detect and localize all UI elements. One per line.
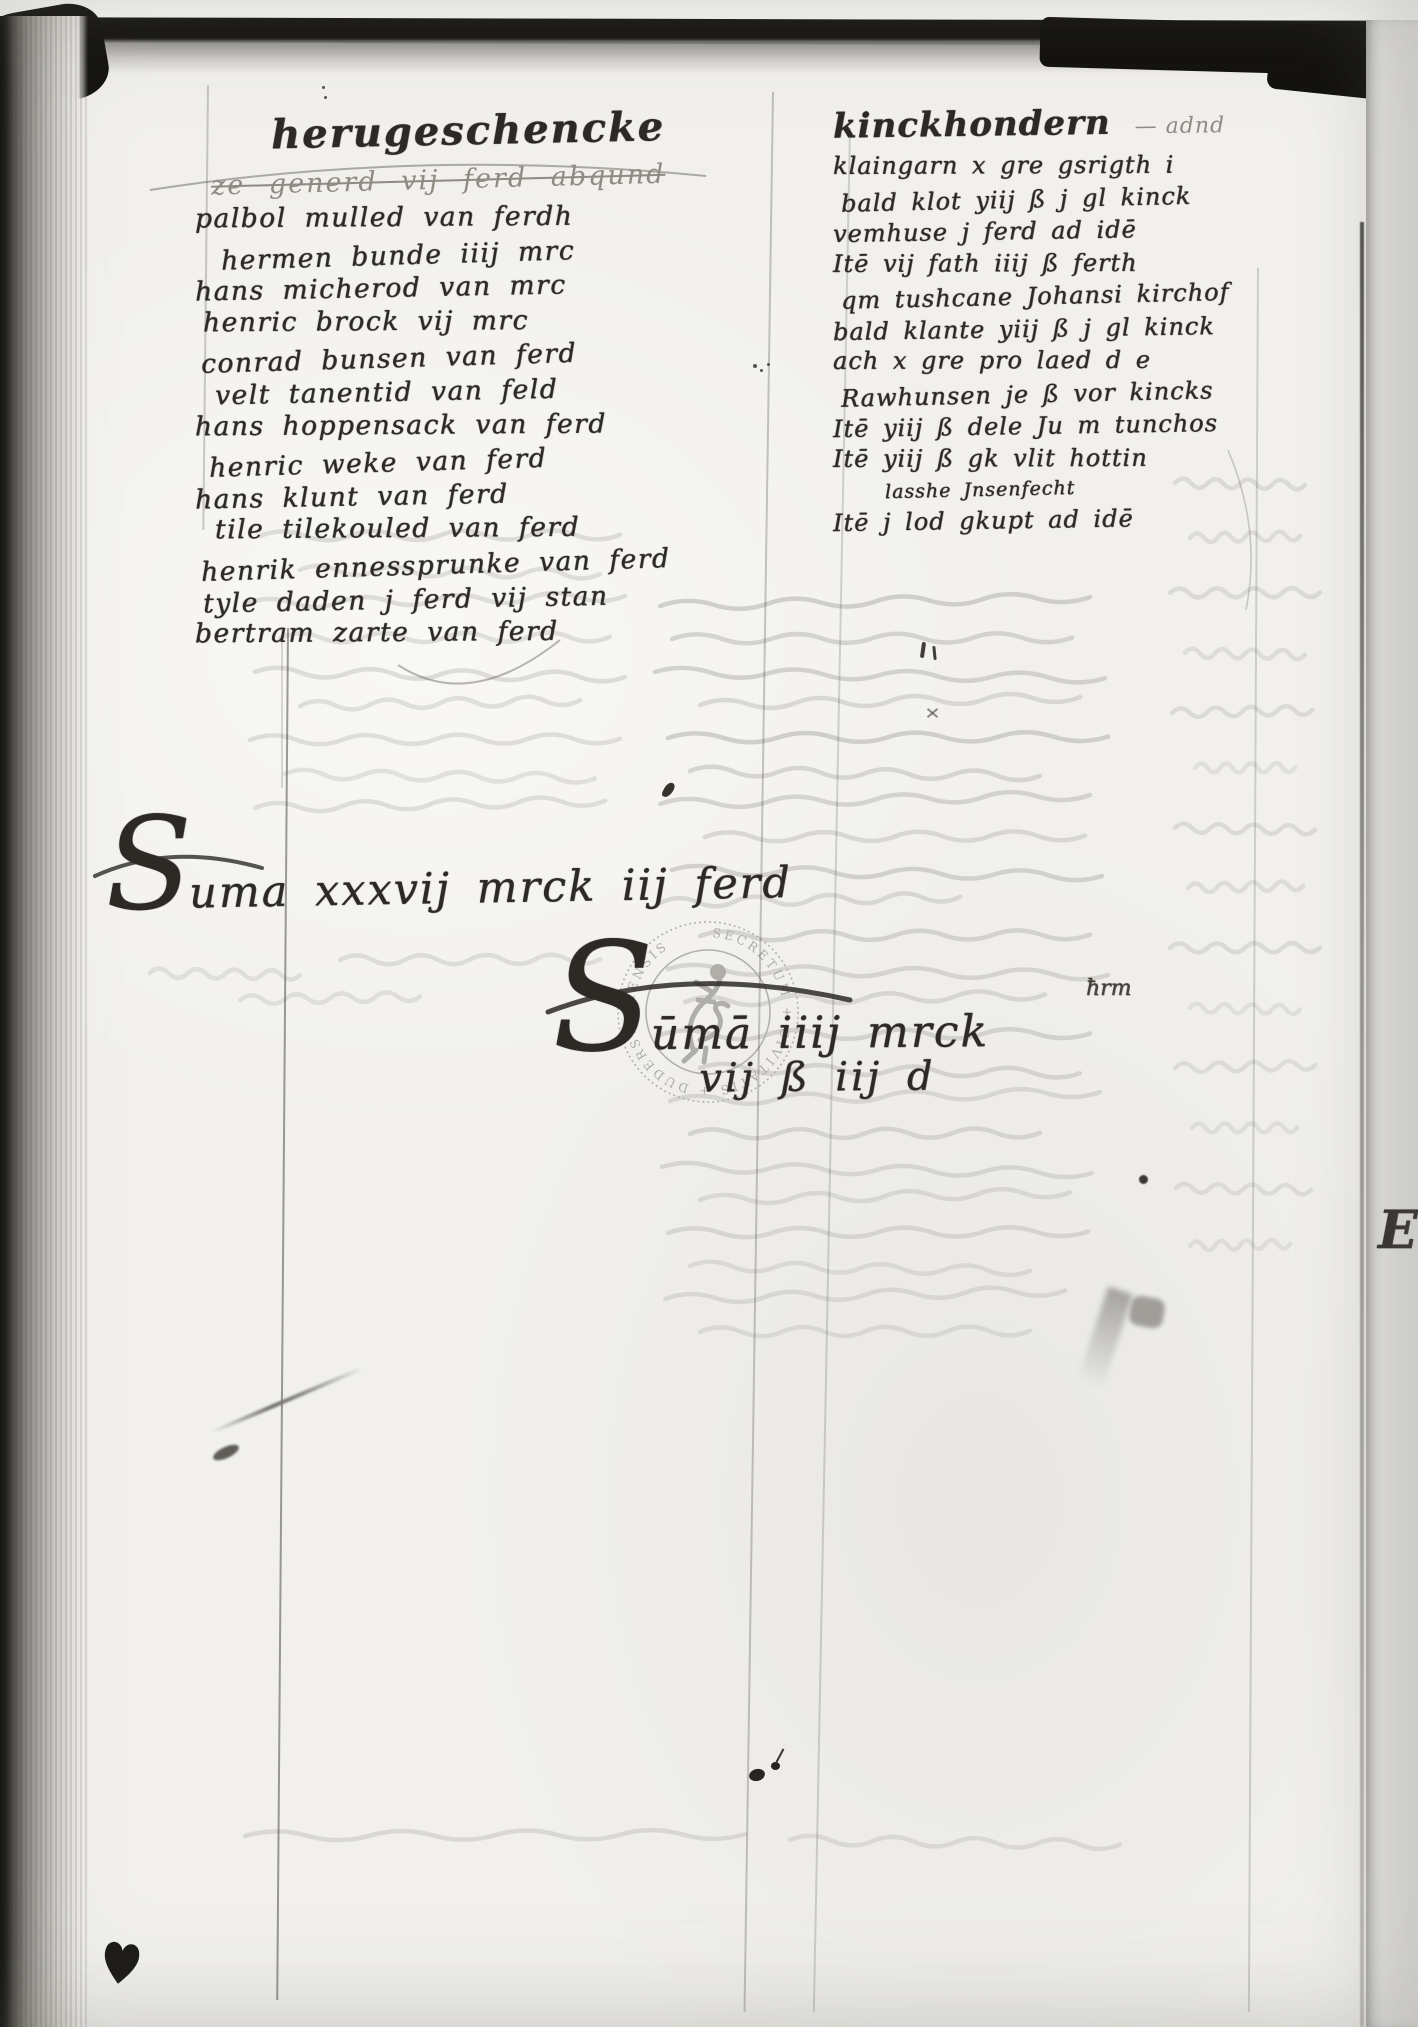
ink-speck xyxy=(324,96,327,99)
bleedthrough-line xyxy=(690,1128,1040,1138)
bleedthrough-line xyxy=(1170,588,1320,598)
bleedthrough-line xyxy=(1175,823,1315,834)
right-column-heading-text: kinckhondern xyxy=(833,103,1111,147)
bleedthrough-line xyxy=(245,1830,745,1841)
right-entry-list: klaingarn x gre gsrigth i bald klot yiij… xyxy=(833,151,1353,538)
next-page-edge xyxy=(1366,20,1418,2027)
bleedthrough-line xyxy=(700,1326,1030,1336)
bleedthrough-line xyxy=(660,790,1090,808)
bleedthrough-line xyxy=(665,1286,1065,1303)
ink-dot xyxy=(1139,1175,1148,1184)
bleedthrough-line xyxy=(1176,1183,1311,1194)
struck-entry: ze generd vij ferd abqund xyxy=(211,153,876,201)
left-column: herugeschencke ze generd vij ferd abqund… xyxy=(195,105,875,651)
book-binding-edge xyxy=(0,16,88,2027)
summa-total-left: S uma xxxvij mrck iij ferd xyxy=(104,809,792,920)
bleedthrough-line xyxy=(1185,648,1305,659)
entry-line: Itē yiij ß dele Ju m tunchos xyxy=(833,407,1353,448)
bleedthrough-line xyxy=(255,667,625,681)
pen-tick xyxy=(932,646,936,660)
left-column-heading: herugeschencke xyxy=(271,99,876,159)
right-column-heading: kinckhondern— adnd xyxy=(833,99,1354,146)
bleedthrough-line xyxy=(690,766,1040,780)
ink-speck xyxy=(760,369,763,372)
bleedthrough-line xyxy=(690,1261,1030,1275)
ink-splash xyxy=(661,781,676,799)
ink-speck xyxy=(322,86,325,89)
manuscript-page: SECRETUM + CIVITATIS + DUDERSTADIENSIS h… xyxy=(0,0,1418,2027)
summa-right-lines: ūmā iiij mrck vij ß iij d xyxy=(651,1006,990,1102)
next-page-letter-fragment: E xyxy=(1378,1200,1418,1261)
bleedthrough-line xyxy=(1172,706,1312,718)
pen-tick xyxy=(920,642,926,658)
entry-line: vemhuse j ferd ad idē xyxy=(833,212,1353,253)
bleedthrough-line xyxy=(655,667,1105,682)
heading-annotation: — adnd xyxy=(1134,113,1225,139)
entry-line: bertram zarte van ferd xyxy=(195,614,875,653)
summa-right-line2: vij ß iij d xyxy=(699,1053,990,1102)
left-entry-list: palbol mulled van ferdh hermen bunde iii… xyxy=(195,201,875,651)
page-fold-edge xyxy=(1360,222,1364,2027)
right-column: kinckhondern— adnd klaingarn x gre gsrig… xyxy=(833,103,1353,538)
gray-smudge xyxy=(1077,1286,1133,1389)
summa-superscript-note: ħrm xyxy=(1086,976,1132,1001)
scratch-mark xyxy=(211,1442,241,1464)
bleedthrough-line xyxy=(1175,1061,1315,1073)
bleedthrough-line xyxy=(700,693,1080,710)
summa-flourish-initial: S xyxy=(551,946,651,1052)
ink-blot-tail xyxy=(776,1748,785,1762)
bleedthrough-line xyxy=(300,696,580,711)
summa-right-line1: ūmā iiij mrck xyxy=(651,1006,990,1060)
bleedthrough-line xyxy=(150,968,300,979)
bleedthrough-line xyxy=(1170,943,1320,953)
bleedthrough-line xyxy=(1195,763,1295,772)
bleedthrough-line xyxy=(240,992,420,1005)
bleedthrough-line xyxy=(1190,1239,1290,1250)
entry-line: Itē j lod gkupt ad idē xyxy=(833,501,1353,542)
bleedthrough-line xyxy=(250,734,620,744)
bleedthrough-line xyxy=(668,1227,1088,1237)
gray-smudge xyxy=(1128,1294,1167,1329)
bleedthrough-line xyxy=(255,796,605,812)
bleedthrough-line xyxy=(1192,1123,1297,1132)
summa-left-text: uma xxxvij mrck iij ferd xyxy=(189,858,792,919)
scratch-mark xyxy=(211,1366,364,1434)
bleedthrough-line xyxy=(285,769,595,782)
summa-flourish-initial: S xyxy=(104,820,189,911)
bleedthrough-line xyxy=(662,1162,1092,1177)
heart-shaped-stain xyxy=(100,1936,142,1988)
bleedthrough-line xyxy=(1190,1003,1300,1014)
bleedthrough-line xyxy=(668,732,1108,743)
bleedthrough-line xyxy=(1188,881,1303,892)
bleedthrough-line xyxy=(790,1835,1120,1849)
ink-blot xyxy=(748,1767,767,1783)
ink-speck xyxy=(767,363,770,366)
ink-speck xyxy=(753,364,757,368)
summa-total-right: S ūmā iiij mrck vij ß iij d xyxy=(551,943,989,1103)
ink-blot xyxy=(771,1762,780,1770)
